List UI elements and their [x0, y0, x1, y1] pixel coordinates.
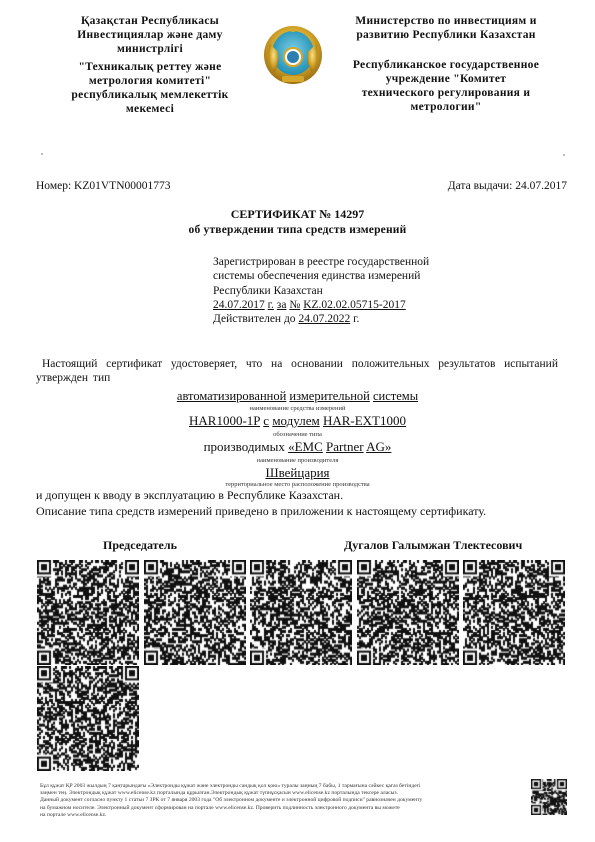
- divider-dot: [41, 153, 43, 155]
- ministry-kazakh: Қазақстан Республикасы Инвестициялар жән…: [42, 14, 258, 56]
- certificate-number: Номер: KZ01VTN00001773: [36, 180, 171, 192]
- header-line: республикалық мемлекеттік: [42, 88, 258, 102]
- validity-line: Действителен до 24.07.2022 г.: [213, 312, 513, 326]
- date-label: Дата выдачи:: [448, 180, 513, 192]
- manufacturer: производимых «EMC Partner AG»: [0, 439, 595, 455]
- instrument-name: автоматизированной измерительной системы: [0, 389, 595, 404]
- header-line: Инвестициялар және даму: [42, 28, 258, 42]
- header-line: развитию Республики Казахстан: [336, 28, 556, 42]
- type-caption: обозначение типа: [0, 431, 595, 438]
- type-designation: HAR1000-1P с модулем HAR-EXT1000: [0, 413, 595, 429]
- header-line: технического регулирования и: [336, 86, 556, 100]
- certificate-statement: Настоящий сертификат удостоверяет, что н…: [36, 357, 558, 385]
- signatory-name: Дугалов Галымжан Тлектесович: [344, 538, 522, 553]
- signatory-role: Председатель: [103, 538, 177, 553]
- number-sign: №: [289, 299, 300, 311]
- field-word: AG»: [366, 439, 391, 454]
- registration-date: 24.07.2017: [213, 299, 265, 311]
- date-value: 24.07.2017: [515, 180, 567, 192]
- admission-statement: и допущен к вводу в эксплуатацию в Респу…: [36, 488, 343, 503]
- divider-dot: [563, 154, 565, 156]
- header-line: учреждение "Комитет: [336, 72, 556, 86]
- header-kazakh: Қазақстан Республикасы Инвестициялар жән…: [42, 14, 258, 116]
- footer-line: на портале www.elicense.kz.: [40, 812, 500, 819]
- field-word: с: [263, 413, 269, 428]
- country-value: Швейцария: [265, 465, 329, 480]
- header-russian: Министерство по инвестициям и развитию Р…: [336, 14, 556, 114]
- field-word: измерительной: [289, 389, 369, 403]
- year-abbrev: г.: [353, 313, 359, 325]
- field-word: автоматизированной: [177, 389, 286, 403]
- country-of-origin: Швейцария: [0, 465, 595, 481]
- qr-code-icon: [37, 666, 139, 771]
- header-line: метрологии": [336, 100, 556, 114]
- field-word: HAR-EXT1000: [323, 413, 406, 428]
- field-word: «EMC: [288, 439, 323, 454]
- qr-code-icon: [144, 560, 246, 665]
- field-word: системы: [373, 389, 418, 403]
- certificate-subtitle: об утверждении типа средств измерений: [0, 224, 595, 236]
- qr-code-icon: [37, 560, 139, 665]
- registry-line: системы обеспечения единства измерений: [213, 269, 513, 283]
- header-line: "Техникалық реттеу және: [42, 60, 258, 74]
- maker-prefix: производимых: [204, 439, 285, 454]
- footer-line: на бумажном носителе. Электронный докуме…: [40, 805, 500, 812]
- legal-footer: Бұл құжат ҚР 2003 жылдың 7 қаңтарындағы …: [40, 783, 500, 819]
- number-label: Номер:: [36, 180, 71, 192]
- registry-line: Республики Казахстан: [213, 284, 513, 298]
- number-value: KZ01VTN00001773: [74, 180, 170, 192]
- statement-text: Настоящий сертификат удостоверяет, что н…: [36, 358, 558, 384]
- certificate-title: СЕРТИФИКАТ № 14297: [0, 207, 595, 222]
- header-line: Қазақстан Республикасы: [42, 14, 258, 28]
- year-abbrev: г.: [268, 299, 274, 311]
- footer-line: Бұл құжат ҚР 2003 жылдың 7 қаңтарындағы …: [40, 783, 500, 790]
- valid-until-date: 24.07.2022: [298, 313, 350, 325]
- field-word: модулем: [272, 413, 319, 428]
- qr-code-icon: [250, 560, 352, 665]
- header-line: министрлігі: [42, 42, 258, 56]
- registry-number-line: 24.07.2017 г. за № KZ.02.02.05715-2017: [213, 298, 513, 312]
- issue-date: Дата выдачи: 24.07.2017: [448, 180, 567, 192]
- ministry-russian: Министерство по инвестициям и развитию Р…: [336, 14, 556, 42]
- committee-kazakh: "Техникалық реттеу және метрология комит…: [42, 60, 258, 116]
- header-line: Республиканское государственное: [336, 58, 556, 72]
- instrument-name-caption: наименование средства измерений: [0, 405, 595, 412]
- qr-code-icon: [463, 560, 565, 665]
- state-emblem-icon: [262, 24, 324, 88]
- registry-number: KZ.02.02.05715-2017: [303, 299, 406, 311]
- header-line: метрология комитеті": [42, 74, 258, 88]
- footer-line: Данный документ согласно пункту 1 статьи…: [40, 797, 500, 804]
- qr-code-icon: [357, 560, 459, 665]
- field-word: HAR1000-1P: [189, 413, 260, 428]
- registry-block: Зарегистрирован в реестре государственно…: [213, 255, 513, 326]
- manufacturer-caption: наименование производителя: [0, 457, 595, 464]
- field-word: Partner: [326, 439, 364, 454]
- country-caption: территориальное место расположение произ…: [0, 481, 595, 488]
- committee-russian: Республиканское государственное учрежден…: [336, 58, 556, 114]
- header-line: мекемесі: [42, 102, 258, 116]
- valid-label: Действителен до: [213, 313, 296, 325]
- za-word: за: [277, 299, 287, 311]
- header-line: Министерство по инвестициям и: [336, 14, 556, 28]
- description-statement: Описание типа средств измерений приведен…: [36, 504, 486, 519]
- qr-code-icon[interactable]: [531, 779, 567, 815]
- registry-line: Зарегистрирован в реестре государственно…: [213, 255, 513, 269]
